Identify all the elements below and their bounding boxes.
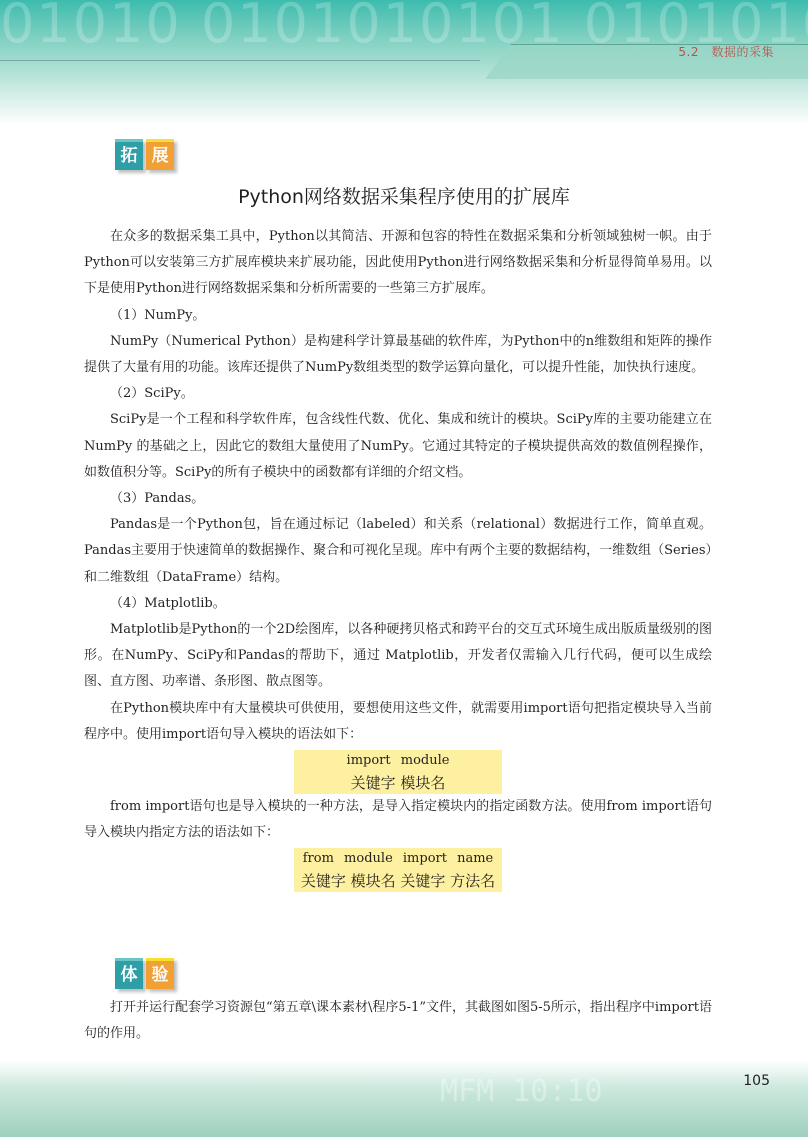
extend-badge-icon: 拓 展	[115, 139, 174, 170]
library-description: Matplotlib是Python的一个2D绘图库，以各种硬拷贝格式和跨平台的交…	[84, 617, 712, 696]
syntax-labels: 关键字 模块名 关键字 方法名	[300, 870, 496, 892]
badge-char: 拓	[115, 139, 143, 170]
syntax-code: import module	[300, 750, 496, 772]
library-description: SciPy是一个工程和科学软件库，包含线性代数、优化、集成和统计的模块。SciP…	[84, 407, 712, 486]
experience-paragraph: 打开并运行配套学习资源包“第五章\课本素材\程序5-1”文件，其截图如图5-5所…	[84, 995, 712, 1047]
library-description: Pandas是一个Python包，旨在通过标记（labeled）和关系（rela…	[84, 512, 712, 591]
badge-char: 验	[146, 958, 174, 989]
page-footer-banner: MFM 10:10	[0, 1060, 808, 1137]
from-import-paragraph: from import语句也是导入模块的一种方法，是导入指定模块内的指定函数方法…	[84, 794, 712, 846]
import-intro-paragraph: 在Python模块库中有大量模块可供使用，要想使用这些文件，就需要用import…	[84, 696, 712, 748]
intro-paragraph: 在众多的数据采集工具中，Python以其简洁、开源和包容的特性在数据采集和分析领…	[84, 224, 712, 303]
badge-char: 展	[146, 139, 174, 170]
article-title: Python网络数据采集程序使用的扩展库	[0, 182, 808, 209]
page-number: 105	[743, 1073, 770, 1089]
library-heading: （4）Matplotlib。	[84, 591, 712, 617]
experience-section: 打开并运行配套学习资源包“第五章\课本素材\程序5-1”文件，其截图如图5-5所…	[84, 995, 712, 1047]
library-heading: （2）SciPy。	[84, 381, 712, 407]
library-description: NumPy（Numerical Python）是构建科学计算最基础的软件库，为P…	[84, 329, 712, 381]
header-rule	[0, 60, 480, 61]
library-heading: （3）Pandas。	[84, 486, 712, 512]
section-heading: 5.2 数据的采集	[678, 43, 774, 60]
import-syntax-box: import module 关键字 模块名	[294, 750, 502, 794]
article-body: 在众多的数据采集工具中，Python以其简洁、开源和包容的特性在数据采集和分析领…	[84, 224, 712, 892]
footer-decoration: MFM 10:10	[440, 1074, 603, 1109]
syntax-labels: 关键字 模块名	[300, 772, 496, 794]
badge-char: 体	[115, 958, 143, 989]
library-heading: （1）NumPy。	[84, 303, 712, 329]
from-import-syntax-box: from module import name 关键字 模块名 关键字 方法名	[294, 848, 502, 892]
experience-badge-icon: 体 验	[115, 958, 174, 989]
page-header-banner: 01010 0101010101 0101010101 5.2 数据的采集	[0, 0, 808, 125]
syntax-code: from module import name	[300, 848, 496, 870]
